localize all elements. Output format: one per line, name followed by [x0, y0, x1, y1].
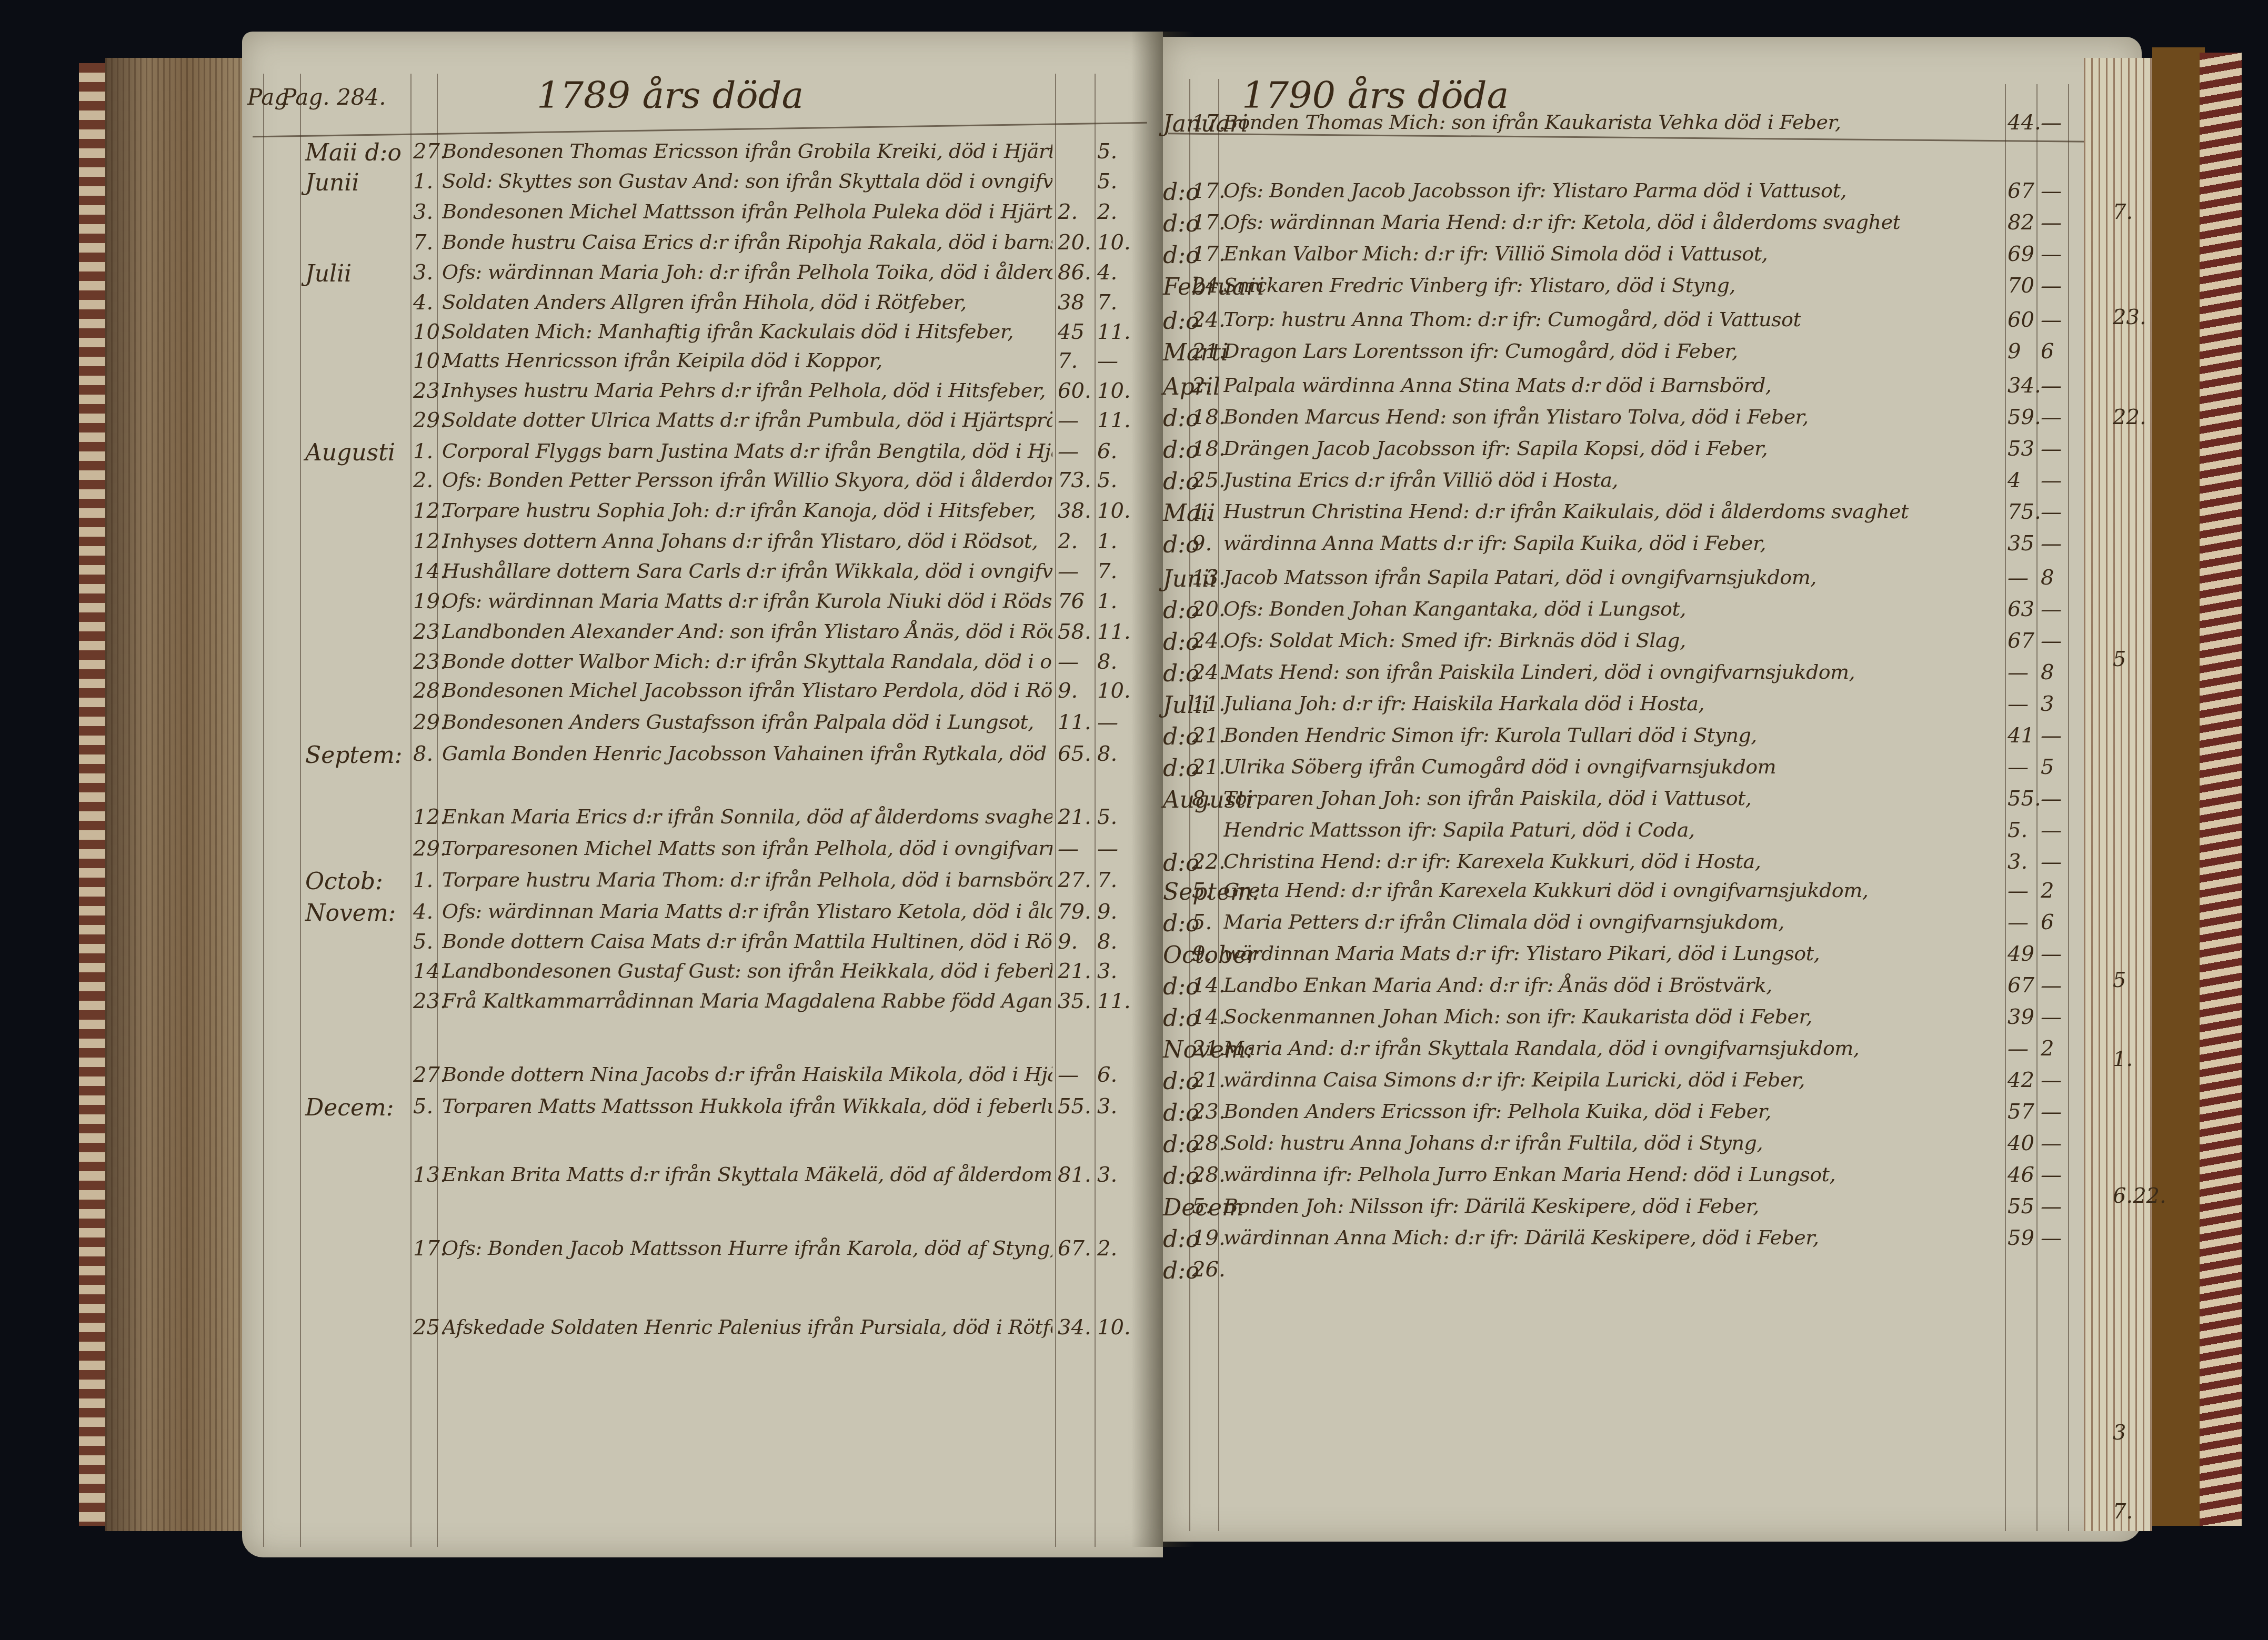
- age-years: 55: [2008, 1194, 2034, 1219]
- age-years: 35.: [1058, 989, 1091, 1013]
- age-months: 2.: [1097, 1236, 1117, 1261]
- age-years: 67.: [1058, 1236, 1091, 1261]
- day-number: 9.: [1192, 942, 1212, 966]
- entry-text: Drängen Jacob Jacobsson ifr: Sapila Kops…: [1223, 437, 1768, 460]
- age-months: —: [2041, 110, 2062, 135]
- entry-text: Sold: hustru Anna Johans d:r ifrån Fulti…: [1223, 1131, 1763, 1154]
- entry-text: Bonde hustru Caisa Erics d:r ifrån Ripoh…: [442, 230, 1052, 254]
- age-months: 8: [2041, 660, 2054, 685]
- entry-text: Juliana Joh: d:r ifr: Haiskila Harkala d…: [1223, 692, 1704, 715]
- entry-text: Bonden Marcus Hend: son ifrån Ylistaro T…: [1223, 405, 1809, 428]
- age-months: 8.: [1097, 930, 1117, 954]
- age-months: 10.: [1097, 499, 1131, 523]
- age-months: 10.: [1097, 679, 1131, 703]
- age-years: 40: [2008, 1131, 2034, 1155]
- age-years: 81.: [1058, 1163, 1091, 1187]
- age-months: 7.: [1097, 559, 1117, 583]
- month-label: Julii: [305, 260, 352, 287]
- age-months: —: [2041, 850, 2062, 874]
- age-months: 6.: [1097, 439, 1117, 464]
- entry-text: Sold: Skyttes son Gustav And: son ifrån …: [442, 169, 1052, 193]
- age-months: 8.: [1097, 650, 1117, 674]
- entry-text: Ofs: Bonden Jacob Jacobsson ifr: Ylistar…: [1223, 179, 1846, 202]
- age-months: 10.: [1097, 379, 1131, 403]
- age-months: —: [2041, 242, 2062, 266]
- age-months: 1.: [1097, 589, 1117, 613]
- entry-text: Mats Hend: son ifrån Paiskila Linderi, d…: [1223, 660, 1855, 683]
- day-number: 14.: [1192, 1005, 1226, 1029]
- day-number: 5.: [1192, 910, 1212, 934]
- age-years: 59.: [2008, 405, 2041, 429]
- day-number: 24.: [1192, 274, 1226, 298]
- age-months: —: [2041, 274, 2062, 298]
- entry-text: Ofs: Bonden Johan Kangantaka, död i Lung…: [1223, 597, 1686, 620]
- entry-text: Bondesonen Thomas Ericsson ifrån Grobila…: [442, 139, 1052, 163]
- age-months: 10.: [1097, 1315, 1131, 1340]
- month-label: Maii d:o: [305, 139, 402, 166]
- day-number: 19.: [1192, 1226, 1226, 1250]
- day-number: 28.: [1192, 1131, 1226, 1155]
- day-number: 17.: [1192, 110, 1226, 135]
- entry-text: wärdinna ifr: Pelhola Jurro Enkan Maria …: [1223, 1163, 1835, 1186]
- entry-text: wärdinna Anna Matts d:r ifr: Sapila Kuik…: [1223, 531, 1766, 555]
- entry-text: Torparen Johan Joh: son ifrån Paiskila, …: [1223, 787, 1751, 810]
- day-number: 1.: [413, 169, 433, 194]
- entry-text: Bondesonen Michel Jacobsson ifrån Ylista…: [442, 679, 1052, 702]
- entry-text: Gamla Bonden Henric Jacobsson Vahainen i…: [442, 742, 1052, 765]
- age-years: 69: [2008, 242, 2034, 266]
- entry-text: Enkan Maria Erics d:r ifrån Sonnila, död…: [442, 805, 1052, 828]
- entry-text: Bonden Anders Ericsson ifr: Pelhola Kuik…: [1223, 1100, 1771, 1123]
- age-years: 55.: [1058, 1094, 1091, 1119]
- right-page: 1790 års döda Januari17.Bonden Thomas Mi…: [1163, 37, 2142, 1542]
- entry-text: Ofs: wärdinnan Maria Matts d:r ifrån Kur…: [442, 589, 1052, 612]
- day-number: 14.: [1192, 973, 1226, 998]
- day-number: 21.: [1192, 1068, 1226, 1092]
- entry-text: Torp: hustru Anna Thom: d:r ifr: Cumogår…: [1223, 308, 1801, 331]
- day-number: 1.: [413, 868, 433, 892]
- age-years: —: [1058, 1063, 1079, 1087]
- month-label: Decem:: [305, 1094, 394, 1121]
- day-number: 24.: [1192, 308, 1226, 332]
- entry-text: Bonde dotter Walbor Mich: d:r ifrån Skyt…: [442, 650, 1052, 673]
- age-years: 57: [2008, 1100, 2034, 1124]
- day-number: 21.: [1192, 723, 1226, 748]
- age-years: 2.: [1058, 529, 1078, 554]
- margin-number: 7.: [2113, 200, 2133, 224]
- entry-text: Jacob Matsson ifrån Sapila Patari, död i…: [1223, 566, 1817, 589]
- age-years: —: [2008, 692, 2029, 716]
- age-years: 46: [2008, 1163, 2034, 1187]
- age-months: —: [2041, 818, 2062, 842]
- day-number: 7.: [413, 230, 433, 255]
- age-years: —: [1058, 439, 1079, 464]
- age-years: 9.: [1058, 679, 1078, 703]
- age-months: 6.: [1097, 1063, 1117, 1087]
- day-number: 1.: [1192, 500, 1212, 524]
- entry-text: wärdinnan Maria Mats d:r ifr: Ylistaro P…: [1223, 942, 1820, 965]
- day-number: 21.: [1192, 339, 1226, 364]
- entry-text: Bonden Thomas Mich: son ifrån Kaukarista…: [1223, 110, 1841, 134]
- entry-text: Hushållare dottern Sara Carls d:r ifrån …: [442, 559, 1052, 582]
- age-months: 3: [2041, 692, 2054, 716]
- age-years: 38: [1058, 290, 1085, 315]
- day-number: 2.: [413, 468, 433, 492]
- entry-text: Maria And: d:r ifrån Skyttala Randala, d…: [1223, 1037, 1859, 1060]
- age-years: 34.: [1058, 1315, 1091, 1340]
- entry-text: Ofs: wärdinnan Maria Joh: d:r ifrån Pelh…: [442, 260, 1052, 284]
- day-number: 8.: [413, 742, 433, 766]
- page-edges-left: [105, 58, 242, 1531]
- entry-text: Sockenmannen Johan Mich: son ifr: Kaukar…: [1223, 1005, 1812, 1028]
- entry-text: Inhyses dottern Anna Johans d:r ifrån Yl…: [442, 529, 1038, 552]
- age-years: 75.: [2008, 500, 2041, 524]
- age-years: 67: [2008, 179, 2034, 203]
- age-years: 67: [2008, 629, 2034, 653]
- age-years: 20.: [1058, 230, 1091, 255]
- age-years: 3.: [2008, 850, 2028, 874]
- age-months: —: [2041, 723, 2062, 748]
- entry-text: Hendric Mattsson ifr: Sapila Paturi, död…: [1223, 818, 1695, 841]
- day-number: 2.: [1192, 374, 1212, 398]
- age-years: 58.: [1058, 620, 1091, 644]
- age-months: —: [2041, 374, 2062, 398]
- day-number: 5.: [1192, 879, 1212, 903]
- age-months: —: [2041, 597, 2062, 621]
- day-number: 5.: [1192, 1194, 1212, 1219]
- day-number: 13.: [1192, 566, 1226, 590]
- age-months: 2.: [1097, 200, 1117, 224]
- age-years: 38.: [1058, 499, 1091, 523]
- entry-text: Greta Hend: d:r ifrån Karexela Kukkuri d…: [1223, 879, 1868, 902]
- age-years: 41: [2008, 723, 2034, 748]
- age-years: 59: [2008, 1226, 2034, 1250]
- entry-text: Matts Henricsson ifrån Keipila död i Kop…: [442, 349, 882, 372]
- age-months: 3.: [1097, 1094, 1117, 1119]
- age-months: —: [2041, 1163, 2062, 1187]
- rule: [300, 74, 301, 1547]
- age-months: 10.: [1097, 230, 1131, 255]
- entry-text: Bondesonen Michel Mattsson ifrån Pelhola…: [442, 200, 1052, 223]
- day-number: 4.: [413, 290, 433, 315]
- entry-text: Landbonden Alexander And: son ifrån Ylis…: [442, 620, 1052, 643]
- entry-text: Landbo Enkan Maria And: d:r ifr: Ånäs dö…: [1223, 973, 1772, 997]
- age-years: 5.: [2008, 818, 2028, 842]
- day-number: 3.: [413, 260, 433, 285]
- age-months: —: [2041, 973, 2062, 998]
- rule: [1055, 74, 1056, 1547]
- month-label: Junii: [305, 169, 359, 196]
- month-label: Octob:: [305, 868, 383, 895]
- book-cover-board: [2152, 47, 2205, 1526]
- age-years: 27.: [1058, 868, 1091, 892]
- age-months: 3.: [1097, 1163, 1117, 1187]
- margin-number: 5: [2113, 647, 2126, 671]
- age-months: —: [2041, 787, 2062, 811]
- age-years: —: [2008, 660, 2029, 685]
- day-number: 26.: [1192, 1257, 1226, 1282]
- entry-text: Frå Kaltkammarrådinnan Maria Magdalena R…: [442, 989, 1052, 1012]
- rule: [2068, 84, 2069, 1531]
- entry-text: Ofs: Soldat Mich: Smed ifr: Birknäs död …: [1223, 629, 1685, 652]
- page-title: 1789 års döda: [537, 74, 804, 117]
- age-months: 11.: [1097, 320, 1131, 344]
- entry-text: Ulrika Söberg ifrån Cumogård död i ovngi…: [1223, 755, 1776, 778]
- day-number: 5.: [413, 1094, 433, 1119]
- age-months: 7.: [1097, 868, 1117, 892]
- page-marker: Pag. 284.: [282, 84, 386, 110]
- age-months: —: [2041, 500, 2062, 524]
- left-page: Pag Pag. 284. 1789 års döda Maii d:o27.B…: [242, 32, 1163, 1557]
- margin-number: 6.22.: [2113, 1184, 2166, 1208]
- age-months: —: [1097, 349, 1118, 373]
- age-years: —: [2008, 879, 2029, 903]
- day-number: 17.: [1192, 242, 1226, 266]
- age-years: 86.: [1058, 260, 1091, 285]
- day-number: 25.: [1192, 468, 1226, 492]
- age-years: —: [1058, 650, 1079, 674]
- header-rule: [253, 122, 1147, 138]
- age-years: —: [1058, 408, 1079, 432]
- entry-text: Ofs: wärdinnan Maria Matts d:r ifrån Yli…: [442, 900, 1052, 923]
- margin-number: 23.: [2113, 305, 2146, 329]
- entry-text: Bonden Hendric Simon ifr: Kurola Tullari…: [1223, 723, 1757, 747]
- entry-text: Inhyses hustru Maria Pehrs d:r ifrån Pel…: [442, 379, 1046, 402]
- entry-text: wärdinnan Anna Mich: d:r ifr: Därilä Kes…: [1223, 1226, 1819, 1249]
- day-number: 1.: [413, 439, 433, 464]
- age-months: —: [1097, 710, 1118, 735]
- entry-text: Ofs: wärdinnan Maria Hend: d:r ifr: Keto…: [1223, 210, 1900, 234]
- entry-text: Hustrun Christina Hend: d:r ifrån Kaikul…: [1223, 500, 1909, 523]
- age-years: 79.: [1058, 900, 1091, 924]
- entry-text: Bonden Joh: Nilsson ifr: Därilä Keskiper…: [1223, 1194, 1759, 1218]
- day-number: 18.: [1192, 405, 1226, 429]
- day-number: 4.: [413, 900, 433, 924]
- age-months: 4.: [1097, 260, 1117, 285]
- age-years: 60: [2008, 308, 2034, 332]
- age-months: —: [2041, 1068, 2062, 1092]
- entry-text: Bonde dottern Nina Jacobs d:r ifrån Hais…: [442, 1063, 1052, 1086]
- page-edges-right: [2084, 58, 2152, 1531]
- age-years: 39: [2008, 1005, 2034, 1029]
- age-months: —: [2041, 1194, 2062, 1219]
- day-number: 24.: [1192, 660, 1226, 685]
- month-label: Novem:: [305, 900, 396, 927]
- age-months: 5: [2041, 755, 2054, 779]
- age-years: 49: [2008, 942, 2034, 966]
- entry-text: Afskedade Soldaten Henric Palenius ifrån…: [442, 1315, 1052, 1339]
- age-months: 8: [2041, 566, 2054, 590]
- age-years: 70: [2008, 274, 2034, 298]
- day-number: 22.: [1192, 850, 1226, 874]
- entry-text: Bondesonen Anders Gustafsson ifrån Palpa…: [442, 710, 1034, 733]
- book-cover-right-edge: [2200, 53, 2242, 1526]
- age-years: 11.: [1058, 710, 1091, 735]
- age-years: 42: [2008, 1068, 2034, 1092]
- age-months: —: [2041, 531, 2062, 556]
- entry-text: Ofs: Bonden Petter Persson ifrån Willio …: [442, 468, 1052, 491]
- entry-text: Torparen Matts Mattsson Hukkola ifrån Wi…: [442, 1094, 1052, 1118]
- entry-text: Christina Hend: d:r ifr: Karexela Kukkur…: [1223, 850, 1761, 873]
- rule: [263, 74, 264, 1547]
- day-number: 20.: [1192, 597, 1226, 621]
- day-number: 5.: [413, 930, 433, 954]
- age-months: —: [2041, 468, 2062, 492]
- age-months: 7.: [1097, 290, 1117, 315]
- age-years: —: [1058, 837, 1079, 861]
- rule: [410, 74, 412, 1547]
- age-years: 2.: [1058, 200, 1078, 224]
- margin-number: 22.: [2113, 405, 2146, 429]
- age-months: —: [2041, 629, 2062, 653]
- entry-text: Justina Erics d:r ifrån Villiö död i Hos…: [1223, 468, 1618, 491]
- age-years: 21.: [1058, 959, 1091, 983]
- age-months: —: [2041, 405, 2062, 429]
- age-years: 63: [2008, 597, 2034, 621]
- entry-text: Soldate dotter Ulrica Matts d:r ifrån Pu…: [442, 408, 1052, 431]
- entry-text: Torparesonen Michel Matts son ifrån Pelh…: [442, 837, 1052, 860]
- header-rule: [1168, 133, 2089, 142]
- day-number: 28.: [1192, 1163, 1226, 1187]
- age-years: 60.: [1058, 379, 1091, 403]
- rule: [1095, 74, 1096, 1547]
- age-months: —: [2041, 1100, 2062, 1124]
- age-months: —: [2041, 1005, 2062, 1029]
- age-years: 65.: [1058, 742, 1091, 766]
- margin-number: 7.: [2113, 1500, 2133, 1524]
- age-months: 2: [2041, 879, 2054, 903]
- day-number: 24.: [1192, 629, 1226, 653]
- age-years: 82: [2008, 210, 2034, 235]
- age-years: 45: [1058, 320, 1085, 344]
- age-years: 73.: [1058, 468, 1091, 492]
- month-label: Augusti: [305, 439, 395, 466]
- margin-number: 1.: [2113, 1047, 2133, 1071]
- entry-text: Dragon Lars Lorentsson ifr: Cumogård, dö…: [1223, 339, 1738, 363]
- age-months: —: [2041, 308, 2062, 332]
- age-months: 6: [2041, 910, 2054, 934]
- day-number: 21.: [1192, 1037, 1226, 1061]
- rule: [2005, 84, 2006, 1531]
- entry-text: Enkan Valbor Mich: d:r ifr: Villiö Simol…: [1223, 242, 1768, 265]
- age-months: 11.: [1097, 620, 1131, 644]
- age-years: 53: [2008, 437, 2034, 461]
- margin-number: 3: [2113, 1421, 2126, 1445]
- age-months: 5.: [1097, 169, 1117, 194]
- day-number: 18.: [1192, 437, 1226, 461]
- age-years: 4: [2008, 468, 2021, 492]
- age-months: 11.: [1097, 989, 1131, 1013]
- age-months: —: [1097, 837, 1118, 861]
- day-number: 23.: [1192, 1100, 1226, 1124]
- age-months: 5.: [1097, 139, 1117, 164]
- age-years: 9.: [1058, 930, 1078, 954]
- entry-text: Snickaren Fredric Vinberg ifr: Ylistaro,…: [1223, 274, 1735, 297]
- entry-text: Maria Petters d:r ifrån Climala död i ov…: [1223, 910, 1784, 933]
- entry-text: Palpala wärdinna Anna Stina Mats d:r död…: [1223, 374, 1771, 397]
- age-years: 76: [1058, 589, 1085, 613]
- age-years: —: [2008, 755, 2029, 779]
- entry-text: Enkan Brita Matts d:r ifrån Skyttala Mäk…: [442, 1163, 1052, 1186]
- margin-number: 5: [2113, 968, 2126, 992]
- age-years: 35: [2008, 531, 2034, 556]
- age-years: —: [2008, 910, 2029, 934]
- age-months: —: [2041, 1131, 2062, 1155]
- age-months: —: [2041, 179, 2062, 203]
- day-number: 21.: [1192, 755, 1226, 779]
- age-years: —: [1058, 559, 1079, 583]
- age-months: —: [2041, 942, 2062, 966]
- entry-text: Corporal Flyggs barn Justina Mats d:r if…: [442, 439, 1052, 462]
- entry-text: Bonde dottern Caisa Mats d:r ifrån Matti…: [442, 930, 1052, 953]
- age-years: —: [2008, 1037, 2029, 1061]
- age-months: —: [2041, 1226, 2062, 1250]
- entry-text: Ofs: Bonden Jacob Mattsson Hurre ifrån K…: [442, 1236, 1052, 1260]
- age-months: 5.: [1097, 805, 1117, 829]
- day-number: 17.: [1192, 179, 1226, 203]
- age-years: 44.: [2008, 110, 2041, 135]
- age-years: 9: [2008, 339, 2021, 364]
- age-months: 1.: [1097, 529, 1117, 554]
- day-number: 3.: [413, 200, 433, 224]
- age-months: —: [2041, 437, 2062, 461]
- entry-text: wärdinna Caisa Simons d:r ifr: Keipila L…: [1223, 1068, 1805, 1091]
- month-label: Septem:: [305, 742, 403, 769]
- entry-text: Torpare hustru Sophia Joh: d:r ifrån Kan…: [442, 499, 1036, 522]
- day-number: 8.: [1192, 787, 1212, 811]
- entry-text: Torpare hustru Maria Thom: d:r ifrån Pel…: [442, 868, 1052, 891]
- age-months: 3.: [1097, 959, 1117, 983]
- entry-text: Soldaten Mich: Manhaftig ifrån Kackulais…: [442, 320, 1013, 343]
- day-number: 17.: [1192, 210, 1226, 235]
- age-months: 11.: [1097, 408, 1131, 432]
- age-years: —: [2008, 566, 2029, 590]
- age-years: 34.: [2008, 374, 2041, 398]
- age-months: 6: [2041, 339, 2054, 364]
- age-years: 7.: [1058, 349, 1078, 373]
- age-months: 8.: [1097, 742, 1117, 766]
- age-months: 2: [2041, 1037, 2054, 1061]
- entry-text: Landbondesonen Gustaf Gust: son ifrån He…: [442, 959, 1052, 982]
- age-years: 67: [2008, 973, 2034, 998]
- entry-text: Soldaten Anders Allgren ifrån Hihola, dö…: [442, 290, 967, 314]
- day-number: 11.: [1192, 692, 1226, 716]
- age-years: 21.: [1058, 805, 1091, 829]
- day-number: 9.: [1192, 531, 1212, 556]
- age-months: 9.: [1097, 900, 1117, 924]
- age-years: 55.: [2008, 787, 2041, 811]
- age-months: 5.: [1097, 468, 1117, 492]
- age-months: —: [2041, 210, 2062, 235]
